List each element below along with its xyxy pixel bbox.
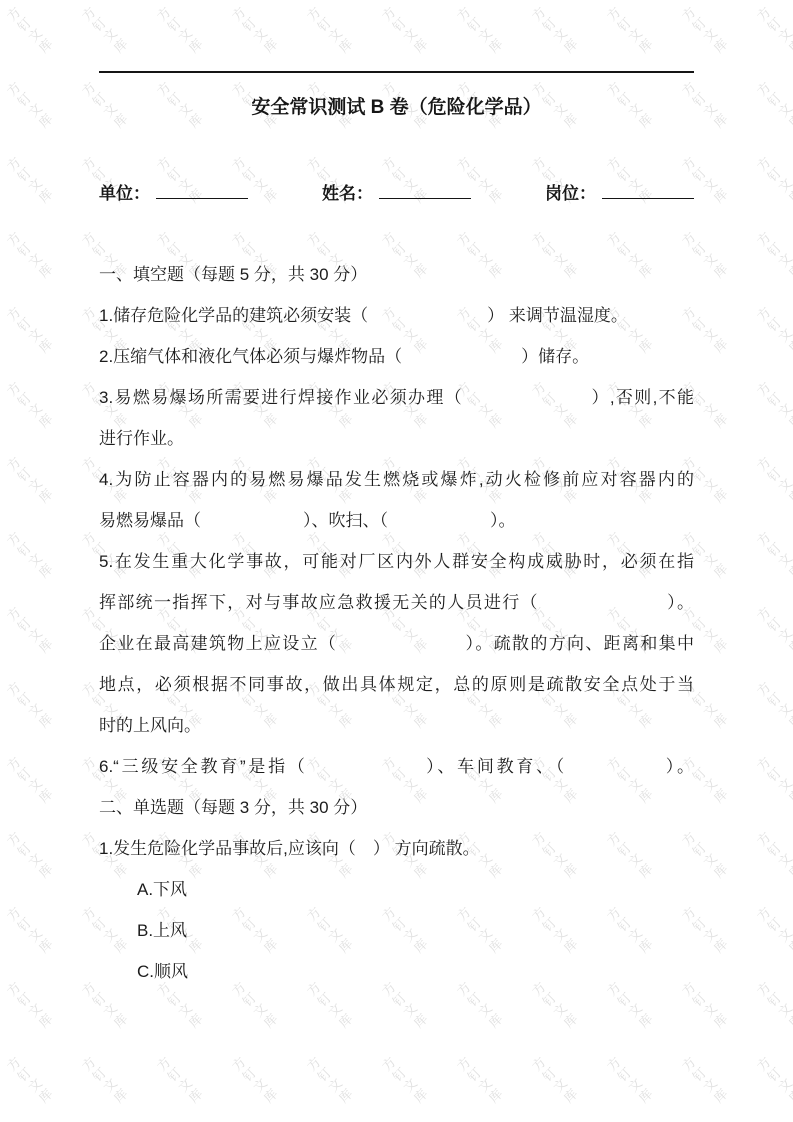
watermark-text: 方钉文库 [602,3,658,59]
fill-q3-line-1: 3.易燃易爆场所需要进行焊接作业必须办理（ ）,否则,不能 [99,377,694,418]
header-form-row: 单位： 姓名： 岗位： [99,179,694,204]
document-body: 一、填空题（每题 5 分，共 30 分） 1.储存危险化学品的建筑必须安装（ ）… [99,254,694,992]
fill-q5-line-5: 时的上风向。 [99,705,694,746]
fill-q4-line-1: 4.为防止容器内的易燃易爆品发生燃烧或爆炸,动火检修前应对容器内的 [99,459,694,500]
fill-q5-line-2: 挥部统一指挥下，对与事故应急救援无关的人员进行（ ）。 [99,582,694,623]
post-blank-line [602,179,694,199]
watermark-text: 方钉文库 [377,3,433,59]
watermark-text: 方钉文库 [752,3,793,59]
watermark-text: 方钉文库 [227,1053,283,1109]
watermark-text: 方钉文库 [152,3,208,59]
post-label: 岗位： [545,184,596,203]
choice-q1-option-b: B.上风 [99,910,694,951]
watermark-text: 方钉文库 [227,3,283,59]
watermark-text: 方钉文库 [452,3,508,59]
watermark-text: 方钉文库 [527,1053,583,1109]
watermark-text: 方钉文库 [302,1053,358,1109]
fill-q5-line-1: 5.在发生重大化学事故，可能对厂区内外人群安全构成威胁时，必须在指 [99,541,694,582]
watermark-text: 方钉文库 [377,1053,433,1109]
watermark-text: 方钉文库 [527,3,583,59]
watermark-text: 方钉文库 [752,1053,793,1109]
document-content: 安全常识测试 B 卷（危险化学品） 单位： 姓名： 岗位： 一、填空题（每题 5… [0,71,793,992]
watermark-text: 方钉文库 [677,3,733,59]
section2-heading: 二、单选题（每题 3 分，共 30 分） [99,787,694,828]
fill-q1-line: 1.储存危险化学品的建筑必须安装（ ） 来调节温湿度。 [99,295,694,336]
name-label: 姓名： [322,184,373,203]
fill-q2-line: 2.压缩气体和液化气体必须与爆炸物品（ ）储存。 [99,336,694,377]
watermark-text: 方钉文库 [302,3,358,59]
document-page: 方钉文库方钉文库方钉文库方钉文库方钉文库方钉文库方钉文库方钉文库方钉文库方钉文库… [0,0,793,1122]
watermark-text: 方钉文库 [77,3,133,59]
watermark-text: 方钉文库 [2,3,58,59]
fill-q6-line: 6.“三级安全教育”是指（ ）、车间教育、（ ）。 [99,746,694,787]
choice-q1-option-a: A.下风 [99,869,694,910]
fill-q5-line-4: 地点，必须根据不同事故，做出具体规定，总的原则是疏散安全点处于当 [99,664,694,705]
choice-q1-line: 1.发生危险化学品事故后,应该向（ ） 方向疏散。 [99,828,694,869]
name-field: 姓名： [322,179,471,204]
watermark-text: 方钉文库 [602,1053,658,1109]
section1-heading: 一、填空题（每题 5 分，共 30 分） [99,254,694,295]
fill-q3-line-2: 进行作业。 [99,418,694,459]
watermark-text: 方钉文库 [2,1053,58,1109]
name-blank-line [379,179,471,199]
watermark-text: 方钉文库 [77,1053,133,1109]
fill-q4-line-2: 易燃易爆品（ ）、吹扫、（ ）。 [99,500,694,541]
fill-q5-line-3: 企业在最高建筑物上应设立（ ）。疏散的方向、距离和集中 [99,623,694,664]
document-title: 安全常识测试 B 卷（危险化学品） [99,95,694,121]
unit-field: 单位： [99,179,248,204]
unit-blank-line [156,179,248,199]
header-rule [99,71,694,73]
watermark-text: 方钉文库 [452,1053,508,1109]
watermark-text: 方钉文库 [677,1053,733,1109]
choice-q1-option-c: C.顺风 [99,951,694,992]
unit-label: 单位： [99,184,150,203]
watermark-text: 方钉文库 [152,1053,208,1109]
post-field: 岗位： [545,179,694,204]
